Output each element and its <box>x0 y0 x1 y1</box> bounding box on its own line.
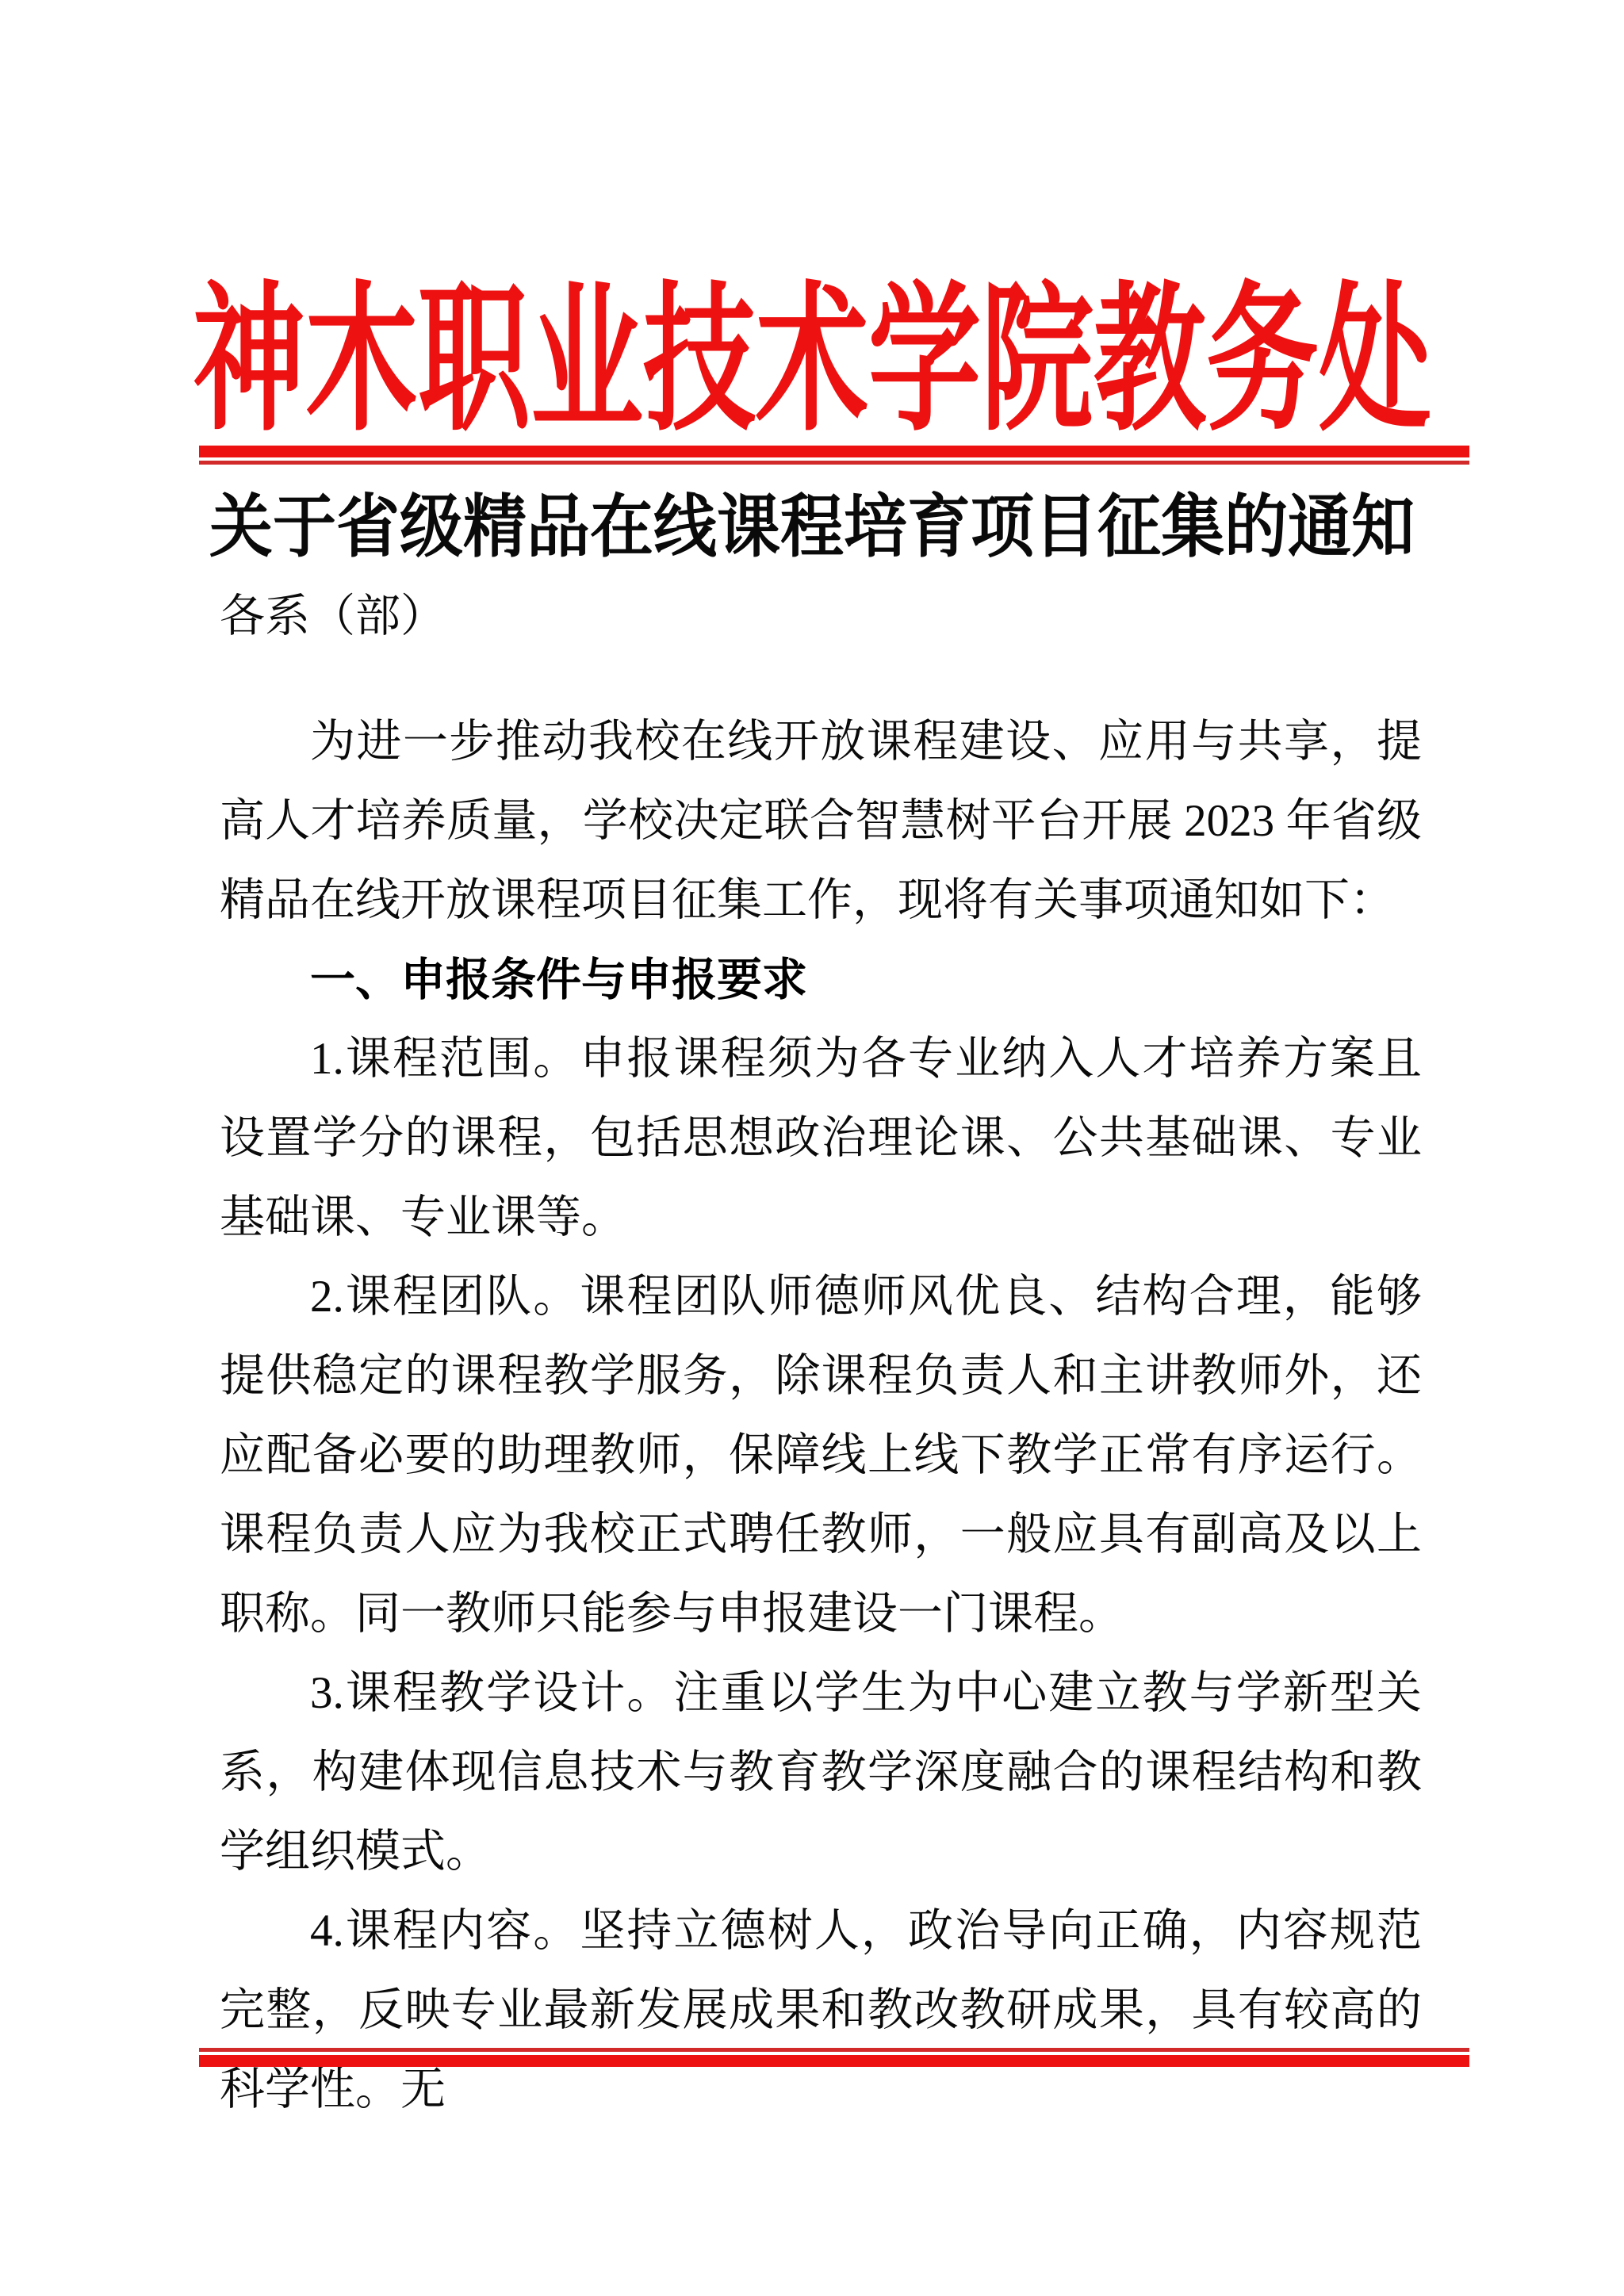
header-rule-thin-line <box>199 461 1469 465</box>
footer-rule-thick-line <box>199 2055 1469 2067</box>
paragraph: 为进一步推动我校在线开放课程建设、应用与共享，提高人才培养质量，学校决定联合智慧… <box>220 702 1422 940</box>
document-page: 神木职业技术学院教务处 关于省级精品在线课程培育项目征集的通知 各系（部） 为进… <box>0 0 1624 2296</box>
paragraph-list: 为进一步推动我校在线开放课程建设、应用与共享，提高人才培养质量，学校决定联合智慧… <box>220 702 1422 2130</box>
footer-rule <box>199 2048 1469 2067</box>
document-title: 关于省级精品在线课程培育项目征集的通知 <box>0 485 1624 571</box>
masthead-title: 神木职业技术学院教务处 <box>0 232 1624 461</box>
paragraph: 4.课程内容。坚持立德树人，政治导向正确，内容规范完整，反映专业最新发展成果和教… <box>220 1892 1422 2130</box>
document-body: 各系（部） 为进一步推动我校在线开放课程建设、应用与共享，提高人才培养质量，学校… <box>220 577 1422 2130</box>
header-rule <box>199 446 1469 465</box>
salutation: 各系（部） <box>220 577 1422 656</box>
paragraph: 2.课程团队。课程团队师德师风优良、结构合理，能够提供稳定的课程教学服务，除课程… <box>220 1257 1422 1654</box>
paragraph: 1.课程范围。申报课程须为各专业纳入人才培养方案且设置学分的课程，包括思想政治理… <box>220 1020 1422 1257</box>
header-rule-thick-line <box>199 446 1469 457</box>
paragraph: 3.课程教学设计。注重以学生为中心建立教与学新型关系，构建体现信息技术与教育教学… <box>220 1654 1422 1892</box>
section-heading: 一、申报条件与申报要求 <box>220 940 1422 1020</box>
